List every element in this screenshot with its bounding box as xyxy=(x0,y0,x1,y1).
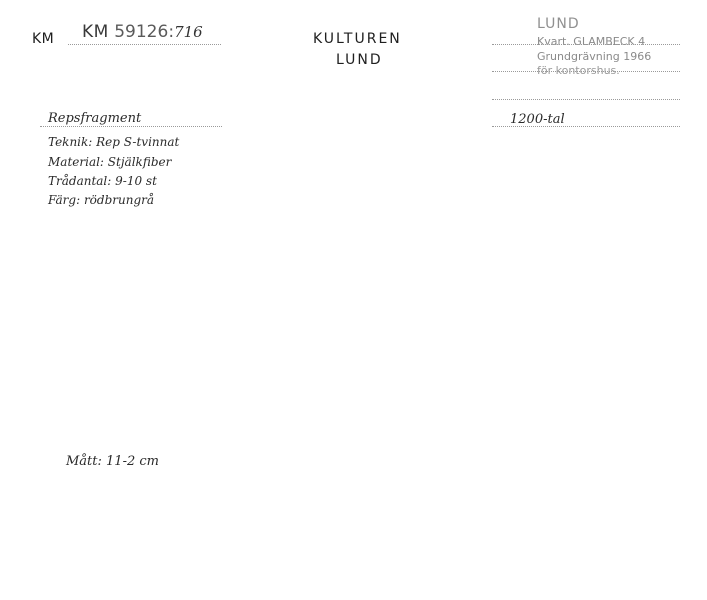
location-city: LUND xyxy=(537,16,580,32)
description-thread-count: Trådantal: 9-10 st xyxy=(48,174,157,188)
catalog-number-main: 59126 xyxy=(114,22,168,42)
measurement: Mått: 11-2 cm xyxy=(66,454,159,469)
catalog-number-rule xyxy=(68,44,221,45)
location-rule-2 xyxy=(492,71,680,72)
description-color: Färg: rödbrungrå xyxy=(48,193,154,207)
description-technique: Teknik: Rep S-tvinnat xyxy=(48,135,179,149)
location-rule-3 xyxy=(492,99,680,100)
catalog-number-sub: 716 xyxy=(174,23,203,41)
location-quarter: Kvart. GLAMBECK 4 xyxy=(537,35,645,48)
object-name: Repsfragment xyxy=(48,111,141,126)
location-excavation: Grundgrävning 1966 xyxy=(537,50,651,63)
location-rule-1 xyxy=(492,44,680,45)
description-material: Material: Stjälkfiber xyxy=(48,155,171,169)
institution-city: LUND xyxy=(336,52,383,68)
catalog-number-prefix: KM xyxy=(82,22,109,42)
catalog-number: KM 59126:716 xyxy=(82,22,203,42)
catalog-card: KM KM 59126:716 KULTUREN LUND LUND Kvart… xyxy=(0,0,707,600)
dating: 1200-tal xyxy=(510,112,565,127)
object-rule xyxy=(40,126,222,127)
dating-rule xyxy=(492,126,680,127)
catalog-prefix-label: KM xyxy=(32,31,54,47)
institution-name: KULTUREN xyxy=(313,31,402,47)
